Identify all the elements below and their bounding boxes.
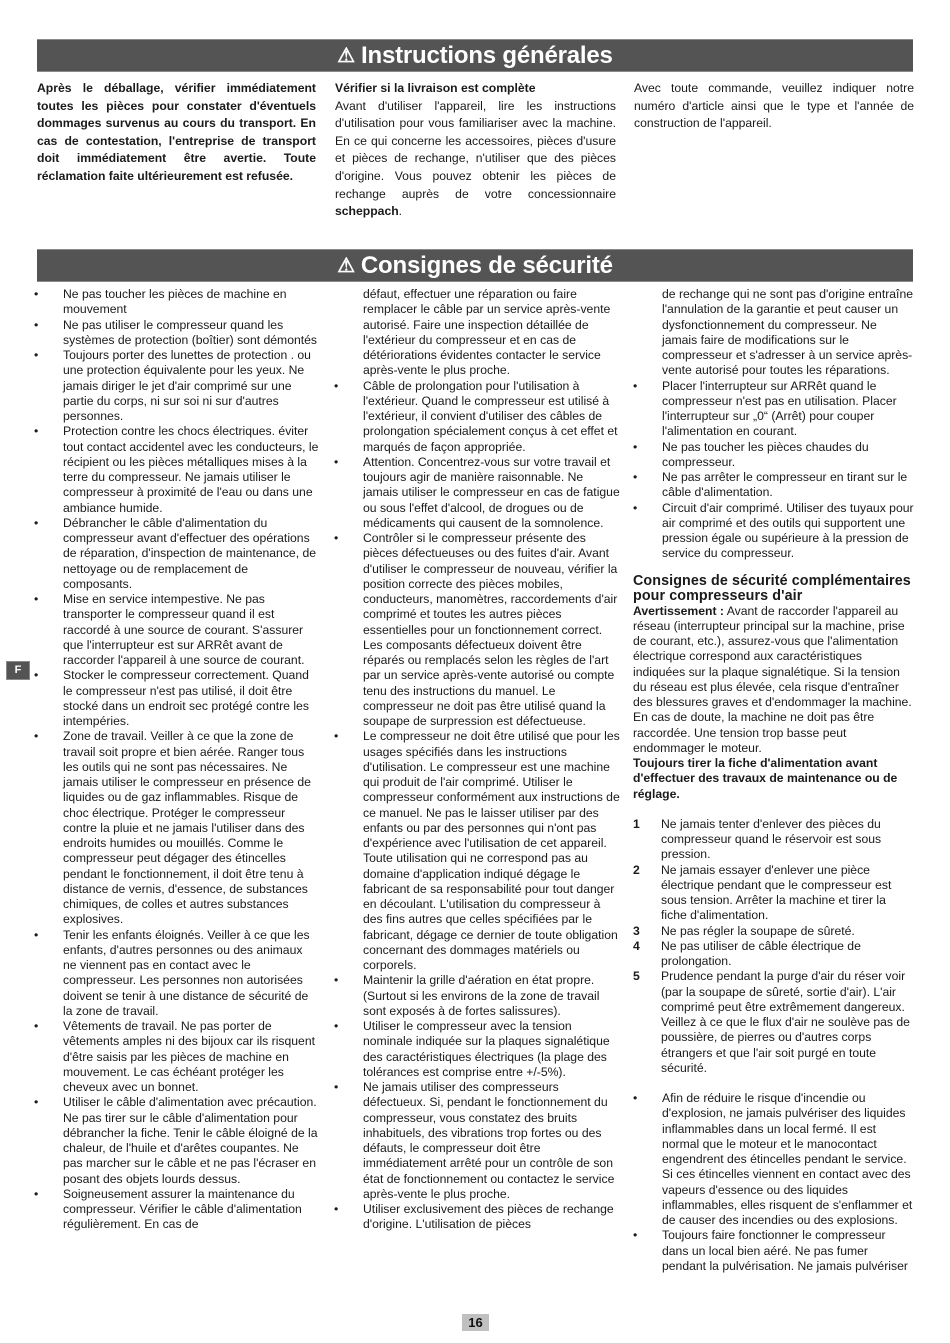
section-header-instructions-generales: ⚠Instructions générales: [37, 39, 913, 72]
list-item: •Afin de réduire le risque d'incendie ou…: [633, 1091, 915, 1228]
list-item: •Zone de travail. Veiller à ce que la zo…: [34, 729, 319, 927]
numbered-item: 1Ne jamais tenter d'enlever des pièces d…: [633, 817, 915, 863]
bullet-icon: •: [334, 1202, 344, 1217]
list-item: •Toujours faire fonctionner le compresse…: [633, 1228, 915, 1274]
list-item: •Attention. Concentrez-vous sur votre tr…: [334, 455, 621, 531]
section-title: Consignes de sécurité: [361, 252, 613, 279]
safety-column-1: •Ne pas toucher les pièces de machine en…: [34, 287, 319, 1233]
bullet-icon: •: [34, 668, 44, 683]
intro-column-3: Avec toute commande, veuillez indiquer n…: [634, 80, 914, 133]
list-item: •Ne pas toucher les pièces de machine en…: [34, 287, 319, 318]
list-item: •Soigneusement assurer la maintenance du…: [34, 1187, 319, 1233]
safety-bullet-list: •Ne pas toucher les pièces de machine en…: [34, 287, 319, 1233]
bullet-icon: •: [633, 1228, 643, 1243]
bullet-icon: •: [34, 1187, 44, 1202]
safety-column-2: défaut, effectuer une réparation ou fair…: [334, 287, 621, 1233]
list-item: •Vêtements de travail. Ne pas porter de …: [34, 1019, 319, 1095]
list-item: •Utiliser le câble d'alimentation avec p…: [34, 1095, 319, 1187]
continued-text: de rechange qui ne sont pas d'origine en…: [633, 287, 915, 379]
bullet-icon: •: [34, 348, 44, 363]
bullet-icon: •: [34, 318, 44, 333]
list-item: •Ne jamais utiliser des compresseurs déf…: [334, 1080, 621, 1202]
warning-paragraph: Avertissement : Avant de raccorder l'app…: [633, 604, 915, 757]
bullet-icon: •: [334, 1019, 344, 1034]
list-item: •Câble de prolongation pour l'utilisatio…: [334, 379, 621, 455]
safety-bullet-list: •Câble de prolongation pour l'utilisatio…: [334, 379, 621, 1233]
warning-triangle-icon: ⚠: [337, 41, 355, 72]
section-header-consignes-securite: ⚠Consignes de sécurité: [37, 249, 913, 282]
safety-bullet-list: •Placer l'interrupteur sur ARRêt quand l…: [633, 379, 915, 562]
list-item: •Protection contre les chocs électriques…: [34, 424, 319, 516]
list-item: •Placer l'interrupteur sur ARRêt quand l…: [633, 379, 915, 440]
unpacking-notice: Après le déballage, vérifier immédiateme…: [37, 80, 316, 186]
bullet-icon: •: [334, 379, 344, 394]
bullet-icon: •: [34, 729, 44, 744]
numbered-item: 4Ne pas utiliser de câble électrique de …: [633, 939, 915, 970]
bullet-icon: •: [334, 1080, 344, 1095]
bold-maintenance-note: Toujours tirer la fiche d'alimentation a…: [633, 756, 915, 802]
warning-label: Avertissement :: [633, 604, 724, 618]
order-info-text: Avec toute commande, veuillez indiquer n…: [634, 80, 914, 133]
list-item: •Stocker le compresseur correctement. Qu…: [34, 668, 319, 729]
list-item: •Maintenir la grille d'aération en état …: [334, 973, 621, 1019]
bullet-icon: •: [633, 440, 643, 455]
brand-name: scheppach: [335, 204, 399, 218]
intro-column-2: Vérifier si la livraison est complète Av…: [335, 80, 616, 221]
bullet-icon: •: [633, 501, 643, 516]
bullet-icon: •: [34, 928, 44, 943]
language-tab: F: [6, 661, 30, 680]
spacer: [633, 1076, 915, 1091]
list-item: •Ne pas arrêter le compresseur en tirant…: [633, 470, 915, 501]
bullet-icon: •: [334, 973, 344, 988]
bullet-icon: •: [34, 1095, 44, 1110]
bullet-icon: •: [334, 531, 344, 546]
page-number: 16: [462, 1314, 489, 1331]
list-item: •Utiliser le compresseur avec la tension…: [334, 1019, 621, 1080]
list-item: •Le compresseur ne doit être utilisé que…: [334, 729, 621, 973]
subsection-title: Consignes de sécurité complémentaires po…: [633, 574, 915, 604]
bullet-icon: •: [34, 516, 44, 531]
list-item: •Ne pas toucher les pièces chaudes du co…: [633, 440, 915, 471]
bullet-icon: •: [633, 1091, 643, 1106]
intro-column-1: Après le déballage, vérifier immédiateme…: [37, 80, 316, 186]
list-item: •Débrancher le câble d'alimentation du c…: [34, 516, 319, 592]
list-item: •Circuit d'air comprimé. Utiliser des tu…: [633, 501, 915, 562]
bullet-icon: •: [334, 455, 344, 470]
bullet-icon: •: [34, 592, 44, 607]
numbered-item: 5Prudence pendant la purge d'air du rése…: [633, 969, 915, 1076]
numbered-item: 3Ne pas régler la soupape de sûreté.: [633, 924, 915, 939]
warning-triangle-icon: ⚠: [337, 251, 355, 282]
safety-bullet-list: •Afin de réduire le risque d'incendie ou…: [633, 1091, 915, 1274]
list-item: •Utiliser exclusivement des pièces de re…: [334, 1202, 621, 1233]
list-item: •Mise en service intempestive. Ne pas tr…: [34, 592, 319, 668]
bullet-icon: •: [34, 424, 44, 439]
delivery-check-heading: Vérifier si la livraison est complète: [335, 80, 616, 98]
bullet-icon: •: [633, 379, 643, 394]
numbered-list: 1Ne jamais tenter d'enlever des pièces d…: [633, 817, 915, 1076]
continued-text: défaut, effectuer une réparation ou fair…: [334, 287, 621, 379]
bullet-icon: •: [633, 470, 643, 485]
bullet-icon: •: [34, 287, 44, 302]
delivery-check-text: Avant d'utiliser l'appareil, lire les in…: [335, 98, 616, 221]
numbered-item: 2Ne jamais essayer d'enlever une pièce é…: [633, 863, 915, 924]
list-item: •Tenir les enfants éloignés. Veiller à c…: [34, 928, 319, 1020]
section-title: Instructions générales: [361, 42, 613, 69]
bullet-icon: •: [34, 1019, 44, 1034]
safety-column-3: de rechange qui ne sont pas d'origine en…: [633, 287, 915, 1274]
list-item: •Contrôler si le compresseur présente de…: [334, 531, 621, 729]
list-item: •Ne pas utiliser le compresseur quand le…: [34, 318, 319, 349]
bullet-icon: •: [334, 729, 344, 744]
list-item: •Toujours porter des lunettes de protect…: [34, 348, 319, 424]
